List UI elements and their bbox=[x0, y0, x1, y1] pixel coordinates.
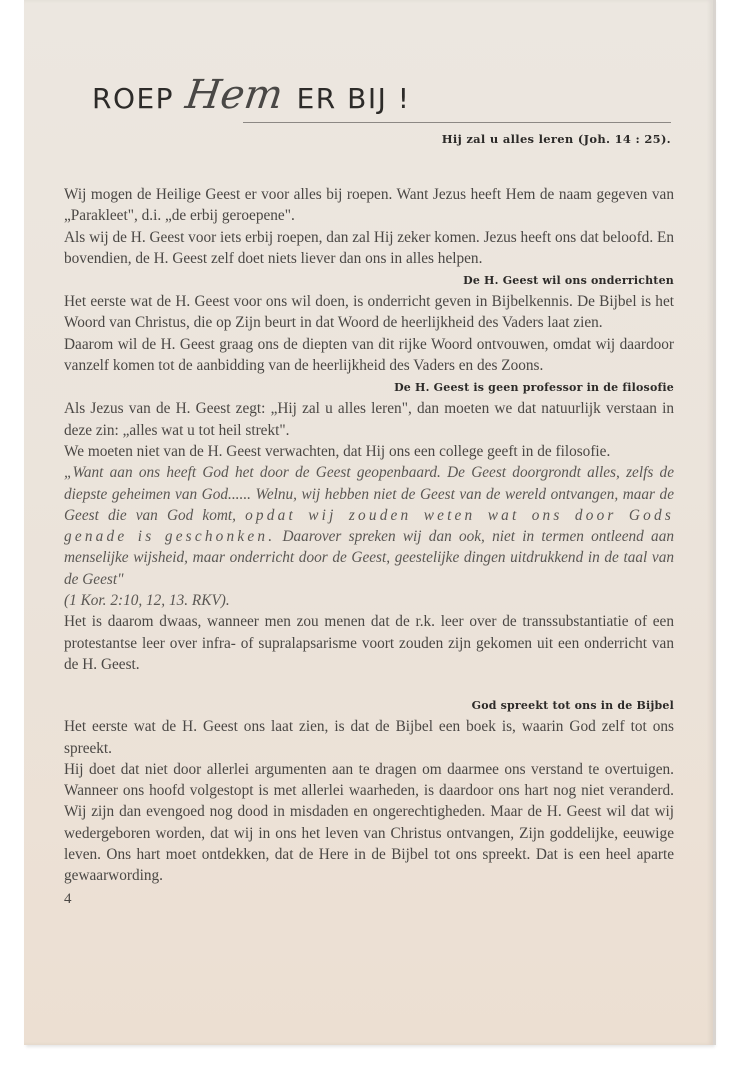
paragraph: Daarom wil de H. Geest graag ons de diep… bbox=[64, 334, 674, 377]
title-divider bbox=[243, 122, 671, 123]
paragraph: Wij mogen de Heilige Geest er voor alles… bbox=[64, 184, 674, 227]
paragraph: Als wij de H. Geest voor iets erbij roep… bbox=[64, 227, 674, 270]
paragraph: Als Jezus van de H. Geest zegt: „Hij zal… bbox=[64, 398, 674, 441]
quote-reference: (1 Kor. 2:10, 12, 13. RKV). bbox=[64, 592, 230, 609]
paragraph: Het eerste wat de H. Geest ons laat zien… bbox=[64, 716, 674, 759]
bible-quote: „Want aan ons heeft God het door de Gees… bbox=[64, 462, 674, 611]
section-heading: De H. Geest is geen professor in de filo… bbox=[64, 377, 674, 398]
paragraph: Hij doet dat niet door allerlei argument… bbox=[64, 759, 674, 887]
section-heading: De H. Geest wil ons onderrichten bbox=[64, 270, 674, 291]
paragraph: Het is daarom dwaas, wanneer men zou men… bbox=[64, 611, 674, 675]
article-body: Wij mogen de Heilige Geest er voor alles… bbox=[64, 184, 674, 910]
page-number: 4 bbox=[64, 889, 674, 910]
section-heading: God spreekt tot ons in de Bijbel bbox=[64, 695, 674, 716]
page-edge bbox=[713, 0, 716, 1045]
title-script-hem: Hem bbox=[183, 72, 286, 118]
title-word-roep: ROEP bbox=[92, 82, 174, 115]
paragraph: We moeten niet van de H. Geest verwachte… bbox=[64, 441, 674, 462]
epigraph: Hij zal u alles leren (Joh. 14 : 25). bbox=[442, 132, 671, 146]
paragraph: Het eerste wat de H. Geest voor ons wil … bbox=[64, 291, 674, 334]
title-word-er-bij: ER BIJ ! bbox=[297, 82, 411, 115]
page-title: ROEP Hem ER BIJ ! bbox=[92, 72, 410, 132]
